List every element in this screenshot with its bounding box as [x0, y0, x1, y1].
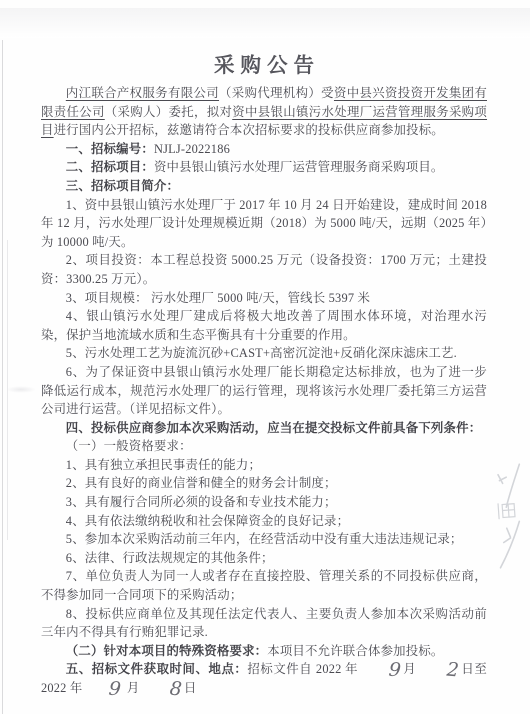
scan-smudge [6, 386, 36, 393]
requirement-item-3: 3、具有履行合同所必须的设备和专业技术能力； [41, 493, 487, 512]
document-obtain-line: 五、招标文件获取时间、地点：招标文件自 2022 年 9月 2日至 2022 年… [41, 660, 487, 697]
requirement-item-7: 7、单位负责人为同一人或者存在直接控股、管理关系的不同投标供应商，不得参加同一合… [41, 567, 487, 604]
text-segment: 二、招标项目： [66, 160, 154, 174]
text-segment: 资中县银山镇污水处理厂运营管理服务商采购项目。 [154, 160, 444, 174]
project-item-4: 4、银山镇污水处理厂建成后将极大地改善了周围水体环境，对治理水污染，保护当地流域… [41, 307, 487, 344]
requirement-item-1: 1、具有独立承担民事责任的能力； [41, 456, 487, 475]
document-body: 采购公告 内江联合产权服务有限公司（采购代理机构）受资中县兴资投资开发集团有限责… [41, 52, 487, 698]
text-segment: 1、资中县银山镇污水处理厂于 2017 年 10 月 24 日开始建设，建成时间… [41, 198, 487, 249]
text-segment: （二）针对本项目的特殊资格要求： [66, 644, 267, 658]
text-segment: 内江联合产权服务有限公司 [66, 86, 219, 100]
document-page: 采购公告 内江联合产权服务有限公司（采购代理机构）受资中县兴资投资开发集团有限责… [0, 0, 530, 714]
text-segment: 2、具有良好的商业信誉和健全的财务会计制度； [66, 476, 337, 490]
text-segment: 月 [403, 662, 420, 676]
text-segment: NJLJ-2022186 [154, 142, 230, 156]
text-segment: 5、污水处理工艺为旋流沉砂+CAST+高密沉淀池+反硝化深床滤床工艺. [66, 346, 457, 360]
scan-shadow-top [0, 8, 530, 38]
section-4-heading: 四、投标供应商参加本次采购活动，应当在提交投标文件前具备下列条件： [41, 419, 487, 438]
text-segment: 5、参加本次采购活动前三年内，在经营活动中没有重大违法违规记录； [66, 532, 463, 546]
text-segment: 日 [184, 681, 197, 695]
text-segment: 进行国内公开招标，兹邀请符合本次招标要求的投标供应商参加投标。 [54, 123, 444, 137]
handwritten-digit: 9 [362, 668, 403, 672]
text-segment: 2、项目投资：本工程总投资 5000.25 万元（设备投资：1700 万元；土建… [41, 253, 487, 286]
requirement-item-5: 5、参加本次采购活动前三年内，在经营活动中没有重大违法违规记录； [41, 530, 487, 549]
special-requirements-line: （二）针对本项目的特殊资格要求：本项目不允许联合体参加投标。 [41, 642, 487, 661]
general-requirements-heading: （一）一般资格要求： [41, 437, 487, 456]
text-segment: 招标文件自 2022 年 [247, 662, 361, 676]
handwritten-digit: 8 [143, 686, 184, 690]
project-intro-heading: 三、招标项目简介： [41, 177, 487, 196]
tender-project-line: 二、招标项目：资中县银山镇污水处理厂运营管理服务商采购项目。 [41, 158, 487, 177]
text-segment: 1、具有独立承担民事责任的能力； [66, 458, 261, 472]
requirement-item-4: 4、具有依法缴纳税收和社会保障资金的良好记录； [41, 512, 487, 531]
project-item-5: 5、污水处理工艺为旋流沉砂+CAST+高密沉淀池+反硝化深床滤床工艺. [41, 344, 487, 363]
text-segment: 五、招标文件获取时间、地点： [66, 662, 248, 676]
text-segment: 四、投标供应商参加本次采购活动，应当在提交投标文件前具备下列条件： [66, 421, 482, 435]
text-segment: 8、投标供应商单位及其现任法定代表人、主要负责人参加本次采购活动前三年内不得具有… [41, 607, 487, 640]
handwritten-digit: 9 [83, 686, 124, 690]
text-segment: 7、单位负责人为同一人或者存在直接控股、管理关系的不同投标供应商，不得参加同一合… [41, 569, 487, 602]
text-segment: 3、项目规模： 污水处理厂 5000 吨/天，管线长 5397 米 [66, 291, 370, 305]
project-item-6: 6、为了保证资中县银山镇污水处理厂能长期稳定达标排放，也为了进一步降低运行成本，… [41, 363, 487, 419]
requirement-item-8: 8、投标供应商单位及其现任法定代表人、主要负责人参加本次采购活动前三年内不得具有… [41, 605, 487, 642]
text-segment: （采购人）委托，拟对 [105, 105, 232, 119]
requirement-item-6: 6、法律、行政法规规定的其他条件； [41, 549, 487, 568]
project-item-1: 1、资中县银山镇污水处理厂于 2017 年 10 月 24 日开始建设，建成时间… [41, 196, 487, 252]
text-segment: 3、具有履行合同所必须的设备和专业技术能力； [66, 495, 337, 509]
text-segment: 月 [124, 681, 143, 695]
scan-edge-line [2, 40, 3, 714]
project-item-2: 2、项目投资：本工程总投资 5000.25 万元（设备投资：1700 万元；土建… [41, 251, 487, 288]
text-segment: （采购代理机构）受 [219, 86, 334, 100]
margin-scribble-icon [488, 461, 530, 573]
text-segment: 4、具有依法缴纳税收和社会保障资金的良好记录； [66, 514, 349, 528]
text-segment: （一）一般资格要求： [66, 439, 192, 453]
text-segment: 三、招标项目简介： [66, 179, 179, 193]
text-segment: 6、为了保证资中县银山镇污水处理厂能长期稳定达标排放，也为了进一步降低运行成本，… [41, 365, 487, 416]
requirement-item-2: 2、具有良好的商业信誉和健全的财务会计制度； [41, 474, 487, 493]
intro-paragraph: 内江联合产权服务有限公司（采购代理机构）受资中县兴资投资开发集团有限责任公司（采… [41, 84, 487, 140]
text-segment: 本项目不允许联合体参加投标。 [267, 644, 443, 658]
tender-number-line: 一、招标编号：NJLJ-2022186 [41, 140, 487, 159]
project-item-3: 3、项目规模： 污水处理厂 5000 吨/天，管线长 5397 米 [41, 289, 487, 308]
text-segment: 一、招标编号： [66, 142, 154, 156]
page-title: 采购公告 [41, 52, 487, 80]
text-segment: 6、法律、行政法规规定的其他条件； [66, 551, 274, 565]
text-segment: 4、银山镇污水处理厂建成后将极大地改善了周围水体环境，对治理水污染，保护当地流域… [41, 309, 487, 342]
handwritten-digit: 2 [420, 668, 461, 672]
